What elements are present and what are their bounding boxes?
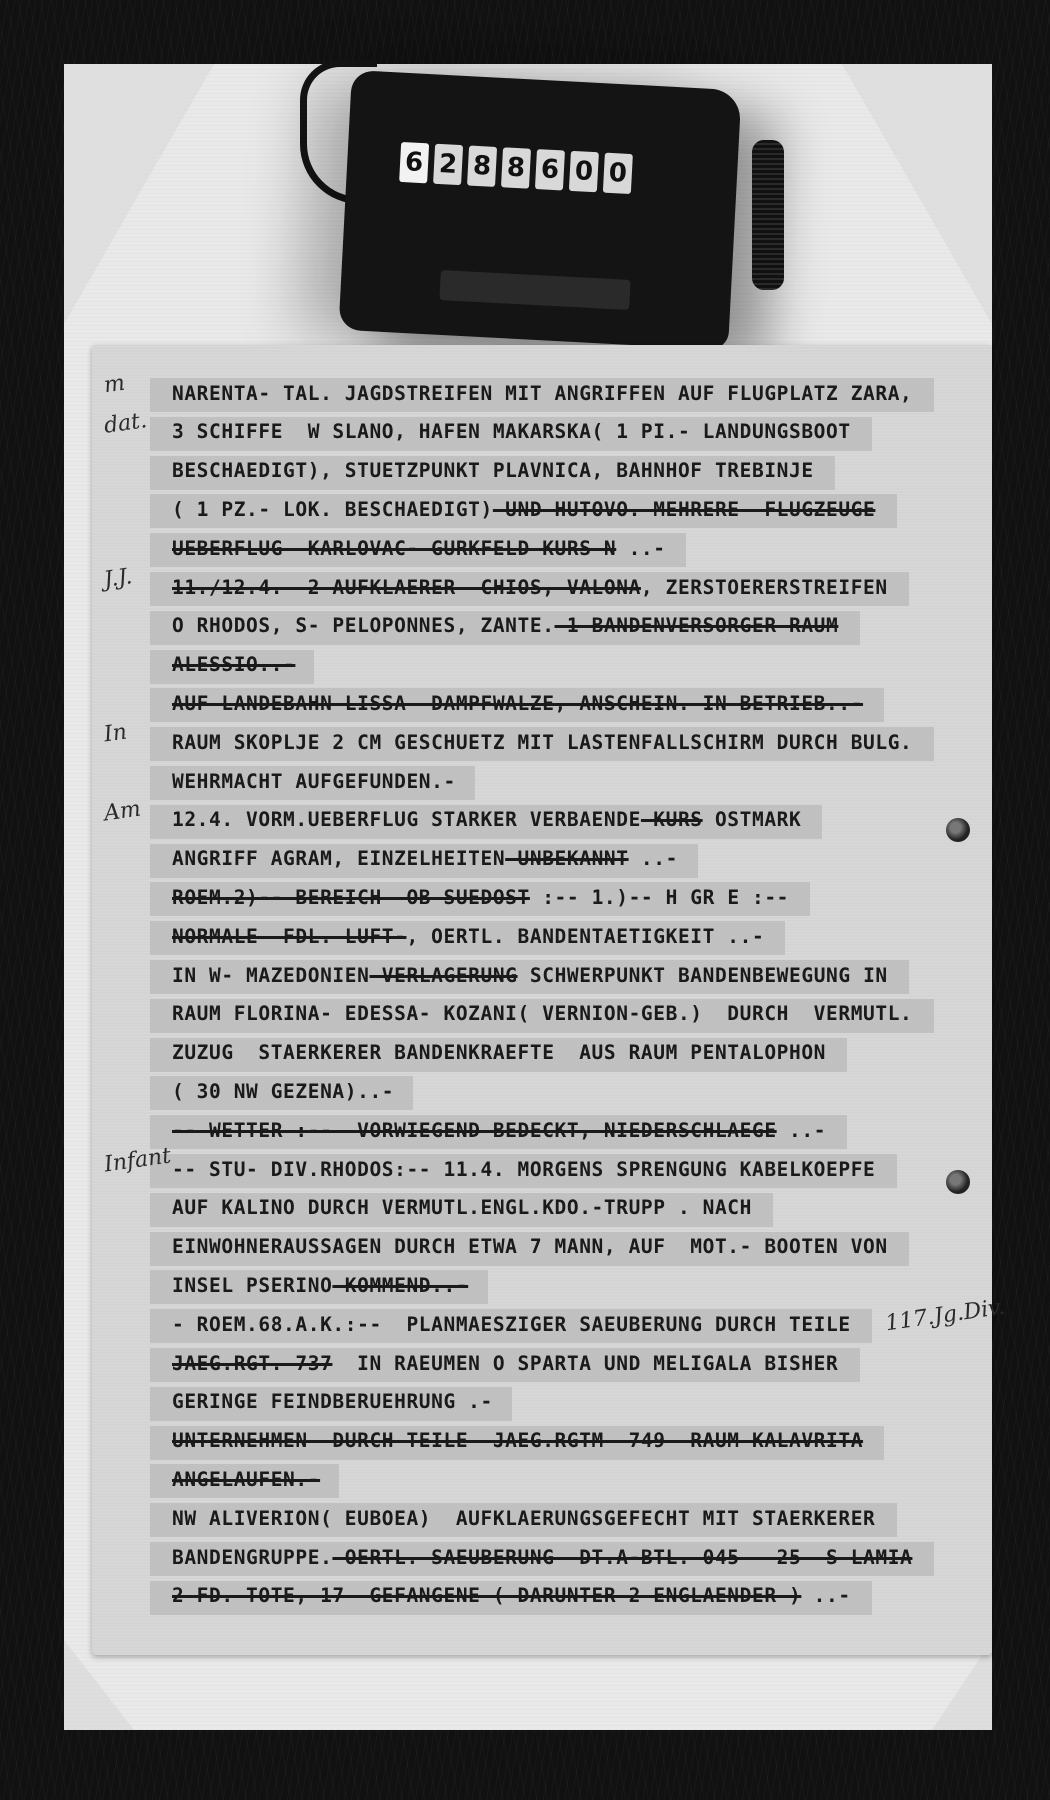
line-text: ( 30 NW GEZENA)..- <box>80 1080 394 1103</box>
line-text: GERINGE FEINDBERUEHRUNG .- <box>80 1390 493 1413</box>
struck-text: 1 BANDENVERSORGER RAUM <box>555 614 839 637</box>
teletype-line: 12.4. VORM.UEBERFLUG STARKER VERBAENDE K… <box>80 805 801 835</box>
struck-text: JAEG.RGT. 737 <box>172 1352 332 1375</box>
struck-text: KURS <box>641 808 703 831</box>
teletype-line: ANGRIFF AGRAM, EINZELHEITEN UNBEKANNT ..… <box>80 844 678 874</box>
line-text: BESCHAEDIGT), STUETZPUNKT PLAVNICA, BAHN… <box>80 459 814 482</box>
teletype-line: BESCHAEDIGT), STUETZPUNKT PLAVNICA, BAHN… <box>80 456 814 486</box>
struck-text: UEBERFLUG KARLOVAC- GURKFELD KURS N <box>172 537 616 560</box>
line-text: ANGELAUFEN.- <box>80 1468 320 1491</box>
teletype-line: UEBERFLUG KARLOVAC- GURKFELD KURS N ..- <box>80 533 666 563</box>
teletype-line: JAEG.RGT. 737 IN RAEUMEN O SPARTA UND ME… <box>80 1348 838 1378</box>
handwritten-margin-note: J.J. <box>102 564 133 593</box>
teletype-line: ROEM.2)-- BEREICH OB SUEDOST :-- 1.)-- H… <box>80 882 789 912</box>
photo-corner-top-left <box>64 64 214 324</box>
line-text: WEHRMACHT AUFGEFUNDEN.- <box>80 770 456 793</box>
struck-text: UNBEKANNT <box>505 847 628 870</box>
counter-knob-icon <box>752 140 784 290</box>
line-text: NARENTA- TAL. JAGDSTREIFEN MIT ANGRIFFEN… <box>80 382 912 405</box>
line-text: -- WETTER :-- VORWIEGEND BEDECKT, NIEDER… <box>80 1119 826 1142</box>
line-text: UNTERNEHMEN DURCH TEILE JAEG.RGTM 749 RA… <box>80 1429 863 1452</box>
counter-digit: 8 <box>467 146 497 187</box>
punch-hole-icon <box>946 818 970 842</box>
line-text: NW ALIVERION( EUBOEA) AUFKLAERUNGSGEFECH… <box>80 1507 875 1530</box>
line-text: UEBERFLUG KARLOVAC- GURKFELD KURS N ..- <box>80 537 666 560</box>
struck-text: OERTL. SAEUBERUNG DT.A-BTL. 045 25 S LAM… <box>332 1546 912 1569</box>
line-text: ZUZUG STAERKERER BANDENKRAEFTE AUS RAUM … <box>80 1041 826 1064</box>
teletype-line: ( 1 PZ.- LOK. BESCHAEDIGT) UND HUTOVO. M… <box>80 494 875 524</box>
teletype-line: BANDENGRUPPE. OERTL. SAEUBERUNG DT.A-BTL… <box>80 1542 912 1572</box>
teletype-line: NORMALE FDL. LUFT-, OERTL. BANDENTAETIGK… <box>80 921 764 951</box>
counter-digit: 0 <box>569 151 599 192</box>
frame-counter-device <box>338 70 741 350</box>
line-text: BANDENGRUPPE. OERTL. SAEUBERUNG DT.A-BTL… <box>80 1546 912 1569</box>
teletype-line: INSEL PSERINO KOMMEND..- <box>80 1270 468 1300</box>
line-text: IN W- MAZEDONIEN VERLAGERUNG SCHWERPUNKT… <box>80 964 888 987</box>
line-text: ANGRIFF AGRAM, EINZELHEITEN UNBEKANNT ..… <box>80 847 678 870</box>
struck-text: ROEM.2)-- BEREICH OB SUEDOST <box>172 886 530 909</box>
counter-digit: 8 <box>501 147 531 188</box>
struck-text: UNTERNEHMEN DURCH TEILE JAEG.RGTM 749 RA… <box>172 1429 863 1452</box>
line-text: O RHODOS, S- PELOPONNES, ZANTE. 1 BANDEN… <box>80 614 838 637</box>
line-text: 3 SCHIFFE W SLANO, HAFEN MAKARSKA( 1 PI.… <box>80 420 851 443</box>
line-text: JAEG.RGT. 737 IN RAEUMEN O SPARTA UND ME… <box>80 1352 838 1375</box>
teletype-line: UNTERNEHMEN DURCH TEILE JAEG.RGTM 749 RA… <box>80 1426 863 1456</box>
teletype-line: RAUM SKOPLJE 2 CM GESCHUETZ MIT LASTENFA… <box>80 727 912 757</box>
teletype-line: WEHRMACHT AUFGEFUNDEN.- <box>80 766 456 796</box>
line-text: ALESSIO..- <box>80 653 295 676</box>
counter-digit: 0 <box>603 153 633 194</box>
teletype-line: - ROEM.68.A.K.:-- PLANMAESZIGER SAEUBERU… <box>80 1309 851 1339</box>
photo-corner-top-right <box>842 64 992 324</box>
handwritten-margin-note: Am <box>102 796 142 826</box>
punch-hole-icon <box>946 1170 970 1194</box>
teletype-line: NW ALIVERION( EUBOEA) AUFKLAERUNGSGEFECH… <box>80 1503 875 1533</box>
teletype-line: 3 SCHIFFE W SLANO, HAFEN MAKARSKA( 1 PI.… <box>80 417 851 447</box>
line-text: RAUM SKOPLJE 2 CM GESCHUETZ MIT LASTENFA… <box>80 731 912 754</box>
line-text: ( 1 PZ.- LOK. BESCHAEDIGT) UND HUTOVO. M… <box>80 498 875 521</box>
line-text: AUF KALINO DURCH VERMUTL.ENGL.KDO.-TRUPP… <box>80 1196 752 1219</box>
line-text: -- STU- DIV.RHODOS:-- 11.4. MORGENS SPRE… <box>80 1158 875 1181</box>
teletype-line: ALESSIO..- <box>80 650 295 680</box>
teletype-line: EINWOHNERAUSSAGEN DURCH ETWA 7 MANN, AUF… <box>80 1232 888 1262</box>
teletype-line: RAUM FLORINA- EDESSA- KOZANI( VERNION-GE… <box>80 999 912 1029</box>
line-text: INSEL PSERINO KOMMEND..- <box>80 1274 468 1297</box>
teletype-line: ANGELAUFEN.- <box>80 1464 320 1494</box>
teletype-line: IN W- MAZEDONIEN VERLAGERUNG SCHWERPUNKT… <box>80 960 888 990</box>
line-text: 11./12.4. 2 AUFKLAERER CHIOS, VALONA, ZE… <box>80 576 888 599</box>
line-text: 2 FD. TOTE, 17 GEFANGENE ( DARUNTER 2 EN… <box>80 1584 851 1607</box>
line-text: ROEM.2)-- BEREICH OB SUEDOST :-- 1.)-- H… <box>80 886 789 909</box>
teletype-line: ( 30 NW GEZENA)..- <box>80 1076 394 1106</box>
struck-text: -- WETTER :-- VORWIEGEND BEDECKT, NIEDER… <box>172 1119 777 1142</box>
teletype-line: -- WETTER :-- VORWIEGEND BEDECKT, NIEDER… <box>80 1115 826 1145</box>
line-text: 12.4. VORM.UEBERFLUG STARKER VERBAENDE K… <box>80 808 801 831</box>
line-text: - ROEM.68.A.K.:-- PLANMAESZIGER SAEUBERU… <box>80 1313 851 1336</box>
struck-text: VERLAGERUNG <box>369 964 517 987</box>
teletype-line: AUF LANDEBAHN LISSA DAMPFWALZE, ANSCHEIN… <box>80 688 863 718</box>
struck-text: 2 FD. TOTE, 17 GEFANGENE ( DARUNTER 2 EN… <box>172 1584 801 1607</box>
struck-text: 11./12.4. 2 AUFKLAERER CHIOS, VALONA <box>172 576 641 599</box>
line-text: NORMALE FDL. LUFT-, OERTL. BANDENTAETIGK… <box>80 925 764 948</box>
teletype-line: O RHODOS, S- PELOPONNES, ZANTE. 1 BANDEN… <box>80 611 838 641</box>
teletype-line: 11./12.4. 2 AUFKLAERER CHIOS, VALONA, ZE… <box>80 572 888 602</box>
struck-text: NORMALE FDL. LUFT- <box>172 925 406 948</box>
struck-text: ALESSIO..- <box>172 653 295 676</box>
line-text: RAUM FLORINA- EDESSA- KOZANI( VERNION-GE… <box>80 1002 912 1025</box>
line-text: EINWOHNERAUSSAGEN DURCH ETWA 7 MANN, AUF… <box>80 1235 888 1258</box>
teletype-line: ZUZUG STAERKERER BANDENKRAEFTE AUS RAUM … <box>80 1038 826 1068</box>
counter-digit: 6 <box>535 149 565 190</box>
struck-text: UND HUTOVO. MEHRERE FLUGZEUGE <box>493 498 876 521</box>
counter-digit: 6 <box>399 142 429 183</box>
teletype-line: -- STU- DIV.RHODOS:-- 11.4. MORGENS SPRE… <box>80 1154 875 1184</box>
teletype-line: 2 FD. TOTE, 17 GEFANGENE ( DARUNTER 2 EN… <box>80 1581 851 1611</box>
teletype-line: NARENTA- TAL. JAGDSTREIFEN MIT ANGRIFFEN… <box>80 378 912 408</box>
struck-text: AUF LANDEBAHN LISSA DAMPFWALZE, ANSCHEIN… <box>172 692 863 715</box>
struck-text: KOMMEND..- <box>332 1274 468 1297</box>
handwritten-margin-note: In <box>102 720 128 748</box>
line-text: AUF LANDEBAHN LISSA DAMPFWALZE, ANSCHEIN… <box>80 692 863 715</box>
struck-text: ANGELAUFEN.- <box>172 1468 320 1491</box>
handwritten-margin-note: m <box>102 371 126 399</box>
teletype-line: GERINGE FEINDBERUEHRUNG .- <box>80 1387 493 1417</box>
counter-digit: 2 <box>433 144 463 185</box>
teletype-line: AUF KALINO DURCH VERMUTL.ENGL.KDO.-TRUPP… <box>80 1193 752 1223</box>
